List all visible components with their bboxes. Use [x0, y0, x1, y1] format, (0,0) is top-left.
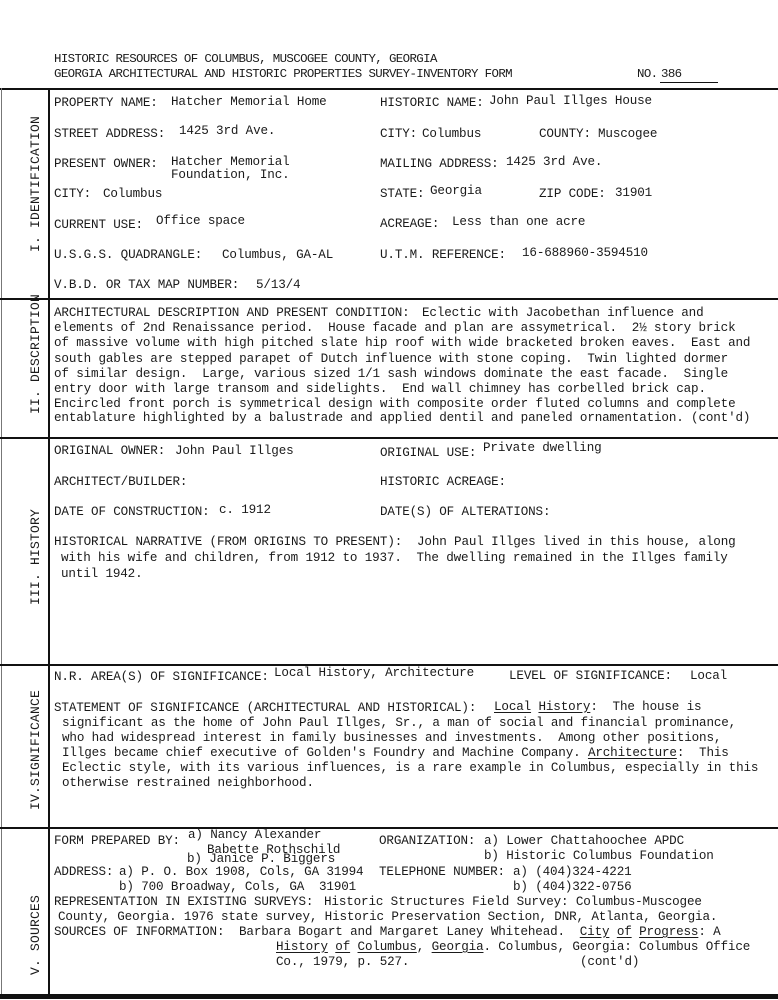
- street-address-label: STREET ADDRESS:: [54, 127, 165, 141]
- utm-reference-value: 16-688960-3594510: [522, 246, 648, 260]
- county-value: Muscogee: [598, 127, 657, 141]
- level-of-significance-value: Local: [690, 669, 727, 683]
- statement-line-0: significant as the home of John Paul Ill…: [62, 716, 736, 730]
- statement-line-3: Eclectic style, with its various influen…: [62, 761, 758, 775]
- nr-areas-value: Local History, Architecture: [274, 666, 474, 680]
- county-label: COUNTY:: [539, 127, 591, 141]
- city-value: Columbus: [422, 127, 481, 141]
- narrative-line-1: with his wife and children, from 1912 to…: [61, 551, 728, 565]
- telephone-label: TELEPHONE NUMBER:: [379, 865, 505, 879]
- description-line-3: south gables are stepped parapet of Dutc…: [54, 352, 728, 366]
- preparer-a: a) Nancy Alexander: [188, 828, 321, 842]
- frame-bottom-line: [0, 994, 778, 999]
- book-title-word-4: History: [276, 940, 328, 954]
- telephone-b: b) (404)322-0756: [513, 880, 632, 894]
- organization-label: ORGANIZATION:: [379, 834, 475, 848]
- description-line-7: entablature highlighted by a balustrade …: [54, 411, 750, 425]
- level-of-significance-label: LEVEL OF SIGNIFICANCE:: [509, 669, 672, 683]
- representation-label: REPRESENTATION IN EXISTING SURVEYS:: [54, 895, 313, 909]
- book-title-word-6: Columbus: [358, 940, 417, 954]
- tax-map-label: V.B.D. OR TAX MAP NUMBER:: [54, 278, 239, 292]
- statement-line-4: otherwise restrained neighborhood.: [62, 776, 314, 790]
- form-number-underline: [660, 82, 718, 83]
- property-name-value: Hatcher Memorial Home: [171, 95, 327, 109]
- section-divider-4: [0, 827, 778, 829]
- book-title-word-3: Progress: [639, 925, 698, 939]
- sources-contd: (cont'd): [580, 955, 639, 969]
- original-use-label: ORIGINAL USE:: [380, 446, 476, 460]
- acreage-label: ACREAGE:: [380, 217, 439, 231]
- owner-city-value: Columbus: [103, 187, 162, 201]
- historic-name-value: John Paul Illges House: [489, 94, 652, 108]
- section-label-identification: I. IDENTIFICATION: [28, 116, 43, 252]
- street-address-value: 1425 3rd Ave.: [179, 124, 275, 138]
- form-number-label: NO.: [637, 67, 658, 81]
- statement-line-1: who had widespread interest in family bu…: [62, 731, 721, 745]
- owner-city-label: CITY:: [54, 187, 91, 201]
- zip-code-value: 31901: [615, 186, 652, 200]
- description-line-2: of massive volume with high pitched slat…: [54, 336, 750, 350]
- section-label-description: II. DESCRIPTION: [28, 294, 43, 414]
- state-label: STATE:: [380, 187, 424, 201]
- frame-left-line: [1, 88, 2, 996]
- narrative-line-0: John Paul Illges lived in this house, al…: [417, 535, 736, 549]
- description-heading: ARCHITECTURAL DESCRIPTION AND PRESENT CO…: [54, 306, 410, 320]
- sources-info-line2: History of Columbus, Georgia. Columbus, …: [276, 940, 750, 954]
- book-title-word-1: City: [580, 925, 610, 939]
- acreage-value: Less than one acre: [452, 215, 585, 229]
- nr-areas-label: N.R. AREA(S) OF SIGNIFICANCE:: [54, 670, 269, 684]
- description-line-0: Eclectic with Jacobethan influence and: [422, 306, 704, 320]
- statement-first-tail: : The house is: [590, 700, 701, 714]
- historical-narrative-heading: HISTORICAL NARRATIVE (FROM ORIGINS TO PR…: [54, 535, 402, 549]
- statement-line-2: Illges became chief executive of Golden'…: [62, 746, 588, 760]
- statement-line-2-wrap: Illges became chief executive of Golden'…: [62, 746, 729, 760]
- address-a: a) P. O. Box 1908, Cols, GA 31994: [119, 865, 363, 879]
- section-divider-1: [0, 298, 778, 300]
- description-line-6: Encircled front porch is symmetrical des…: [54, 397, 736, 411]
- organization-b: b) Historic Columbus Foundation: [484, 849, 714, 863]
- subheading-architecture: Architecture: [588, 746, 677, 760]
- description-line-1: elements of 2nd Renaissance period. Hous…: [54, 321, 736, 335]
- address-label: ADDRESS:: [54, 865, 113, 879]
- zip-code-label: ZIP CODE:: [539, 187, 606, 201]
- preparer-b: b) Janice P. Biggers: [187, 852, 335, 866]
- address-b: b) 700 Broadway, Cols, GA 31901: [119, 880, 356, 894]
- sources-info-authors: Barbara Bogart and Margaret Laney Whiteh…: [239, 925, 580, 939]
- section-divider-2: [0, 437, 778, 439]
- current-use-value: Office space: [156, 214, 245, 228]
- representation-line1: Historic Structures Field Survey: Columb…: [324, 895, 702, 909]
- statement-line-2-tail: : This: [677, 746, 729, 760]
- narrative-line-2: until 1942.: [61, 567, 142, 581]
- section-label-history: III. HISTORY: [28, 509, 43, 605]
- form-header-line2: GEORGIA ARCHITECTURAL AND HISTORIC PROPE…: [54, 67, 512, 81]
- mailing-address-value: 1425 3rd Ave.: [506, 155, 602, 169]
- mailing-address-label: MAILING ADDRESS:: [380, 157, 499, 171]
- present-owner-value-line2: Foundation, Inc.: [171, 168, 290, 182]
- city-label: CITY:: [380, 127, 417, 141]
- historic-name-label: HISTORIC NAME:: [380, 96, 484, 110]
- description-line-5: entry door with large transom and sideli…: [54, 382, 706, 396]
- form-header-line1: HISTORIC RESOURCES OF COLUMBUS, MUSCOGEE…: [54, 52, 437, 66]
- sources-info-line1: Barbara Bogart and Margaret Laney Whiteh…: [239, 925, 721, 939]
- present-owner-value-line1: Hatcher Memorial: [171, 155, 290, 169]
- present-owner-label: PRESENT OWNER:: [54, 157, 158, 171]
- original-owner-label: ORIGINAL OWNER:: [54, 444, 165, 458]
- representation-line2: County, Georgia. 1976 state survey, Hist…: [58, 910, 717, 924]
- usgs-quadrangle-label: U.S.G.S. QUADRANGLE:: [54, 248, 202, 262]
- usgs-quadrangle-value: Columbus, GA-AL: [222, 248, 333, 262]
- state-value: Georgia: [430, 184, 482, 198]
- form-prepared-by-label: FORM PREPARED BY:: [54, 834, 180, 848]
- current-use-label: CURRENT USE:: [54, 218, 143, 232]
- frame-top-line: [0, 88, 778, 90]
- form-number-value: 386: [661, 67, 682, 81]
- dates-of-alterations-label: DATE(S) OF ALTERATIONS:: [380, 505, 550, 519]
- book-title-word-5: of: [335, 940, 350, 954]
- description-line-4: of similar design. Large, various sized …: [54, 367, 728, 381]
- date-of-construction-label: DATE OF CONSTRUCTION:: [54, 505, 210, 519]
- book-title-word-2: of: [617, 925, 632, 939]
- statement-heading: STATEMENT OF SIGNIFICANCE (ARCHITECTURAL…: [54, 701, 476, 715]
- property-name-label: PROPERTY NAME:: [54, 96, 158, 110]
- section-label-divider: [48, 88, 50, 996]
- sources-info-label: SOURCES OF INFORMATION:: [54, 925, 224, 939]
- subheading-history: History: [538, 700, 590, 714]
- utm-reference-label: U.T.M. REFERENCE:: [380, 248, 506, 262]
- telephone-a: a) (404)324-4221: [513, 865, 632, 879]
- date-of-construction-value: c. 1912: [219, 503, 271, 517]
- publisher-info: . Columbus, Georgia: Columbus Office: [483, 940, 750, 954]
- original-owner-value: John Paul Illges: [175, 444, 294, 458]
- original-use-value: Private dwelling: [483, 441, 602, 455]
- sources-info-line3: Co., 1979, p. 527.: [276, 955, 409, 969]
- book-title-word-7: Georgia: [432, 940, 484, 954]
- tax-map-value: 5/13/4: [256, 278, 300, 292]
- book-title-colon: : A: [698, 925, 720, 939]
- historic-acreage-label: HISTORIC ACREAGE:: [380, 475, 506, 489]
- architect-builder-label: ARCHITECT/BUILDER:: [54, 475, 187, 489]
- subheading-local: Local: [494, 700, 531, 714]
- section-label-significance: IV.SIGNIFICANCE: [28, 690, 43, 810]
- statement-first-line: Local History: The house is: [494, 700, 701, 714]
- organization-a: a) Lower Chattahoochee APDC: [484, 834, 684, 848]
- section-label-sources: V. SOURCES: [28, 895, 43, 975]
